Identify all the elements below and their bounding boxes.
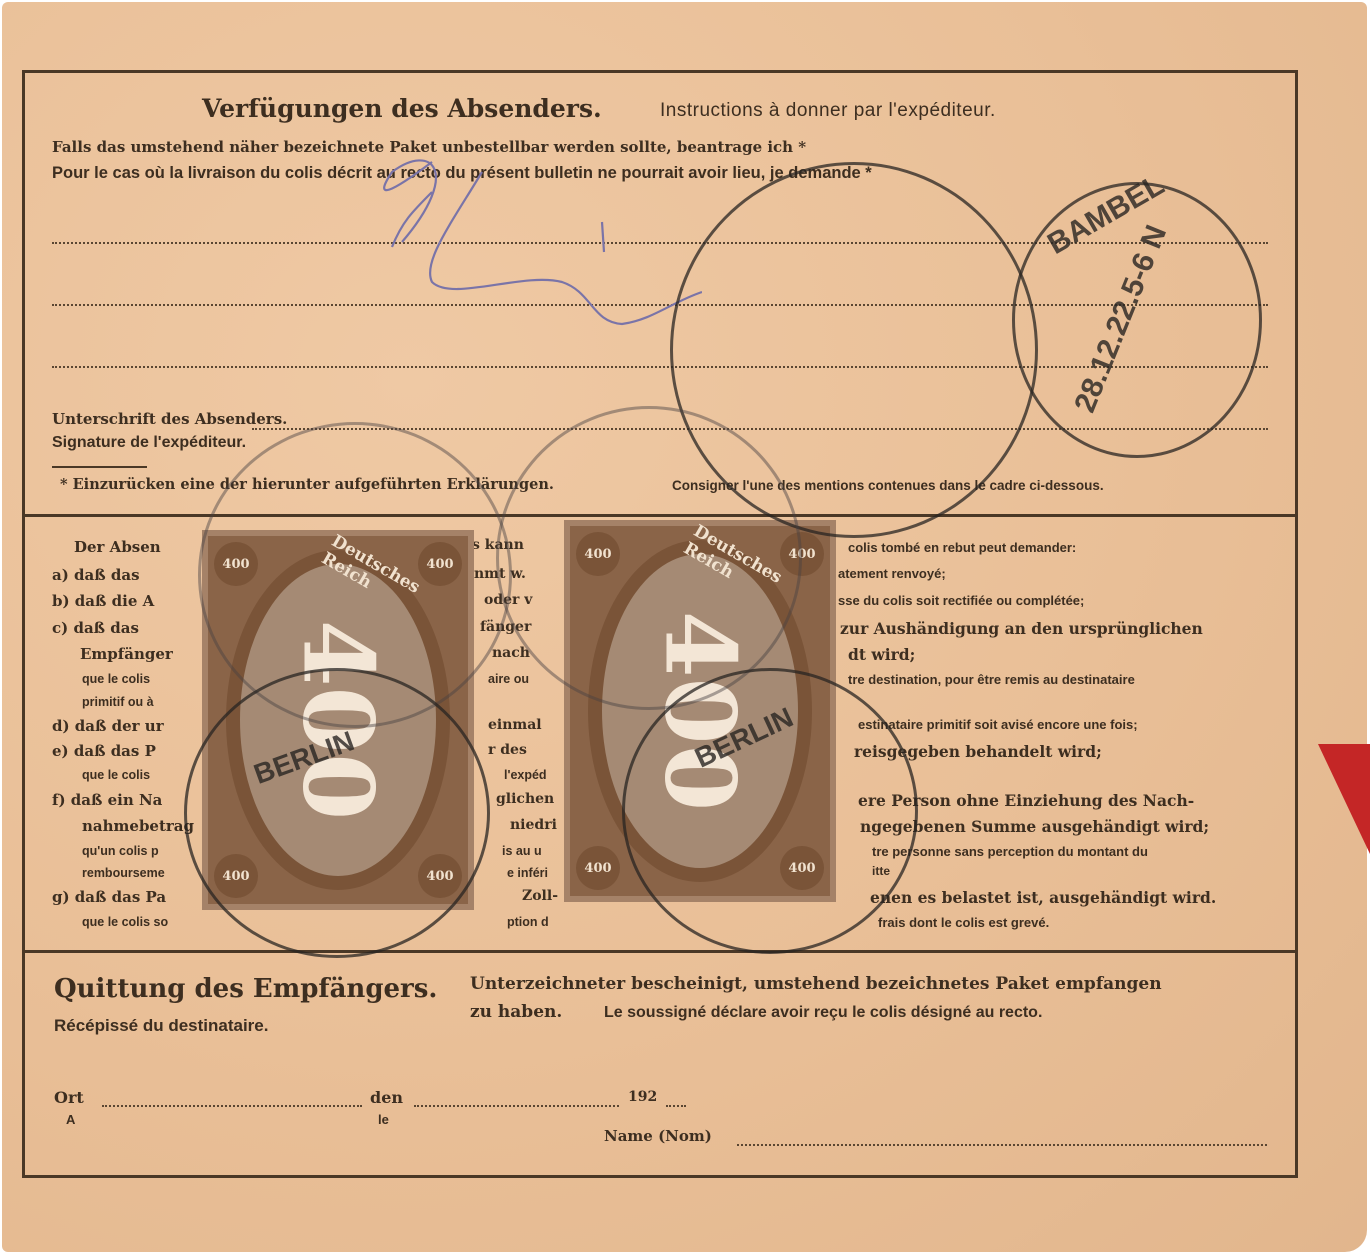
option-b: b) daß die A [52, 592, 154, 610]
option-f: f) daß ein Na [52, 791, 162, 809]
postmark-berlin-lower [184, 668, 490, 958]
receipt-title-de: Quittung des Empfängers. [54, 974, 437, 1004]
option-right-text: enen es belastet ist, ausgehändigt wird. [870, 888, 1216, 907]
option-fragment: ption d [507, 915, 549, 929]
place-field[interactable] [102, 1105, 362, 1107]
option-right-text: zur Aushändigung an den ursprünglichen [840, 619, 1203, 638]
option-c-fr-cont: primitif ou à [82, 695, 154, 709]
option-f-cont: nahmebetrag [82, 817, 194, 835]
date-label-fr: le [378, 1112, 389, 1127]
option-fragment: glichen [496, 791, 554, 807]
receipt-text-de: Unterzeichneter bescheinigt, umstehend b… [470, 974, 1162, 994]
option-fragment: nach [492, 645, 530, 661]
option-fragment: is au u [502, 844, 542, 858]
option-right-text: frais dont le colis est grevé. [878, 915, 1049, 930]
date-field[interactable] [414, 1105, 619, 1107]
option-g-fr: que le colis so [82, 915, 168, 929]
place-label-fr: A [66, 1112, 75, 1127]
signature-label-fr: Signature de l'expéditeur. [52, 434, 246, 452]
option-f-fr-cont: rembourseme [82, 866, 165, 880]
option-fragment: e inféri [507, 866, 548, 880]
parcel-card-back: Verfügungen des Absenders. Instructions … [2, 2, 1367, 1252]
option-c-cont: Empfänger [80, 645, 173, 663]
name-field[interactable] [737, 1144, 1267, 1146]
red-label-corner [1318, 744, 1370, 854]
option-fragment: Zoll- [522, 888, 558, 904]
option-right-text: estinataire primitif soit avisé encore u… [858, 717, 1138, 732]
handwritten-signature [372, 152, 702, 352]
receipt-text-de-2: zu haben. [470, 1002, 562, 1022]
option-fragment: l'expéd [504, 768, 547, 782]
option-right-text: sse du colis soit rectifiée ou complétée… [838, 593, 1084, 608]
receipt-text-fr: Le soussigné déclare avoir reçu le colis… [604, 1004, 1042, 1022]
receipt-title-fr: Récépissé du destinataire. [54, 1016, 268, 1036]
year-field[interactable] [666, 1105, 686, 1107]
footnote-rule [52, 466, 147, 468]
signature-label-de: Unterschrift des Absenders. [52, 410, 287, 428]
option-fragment: aire ou [488, 672, 529, 686]
option-e-fr: que le colis [82, 768, 150, 782]
option-f-fr: qu'un colis p [82, 844, 159, 858]
option-right-text: dt wird; [848, 645, 915, 664]
place-label-de: Ort [54, 1088, 84, 1107]
option-fragment: einmal [488, 717, 542, 733]
option-c-fr: que le colis [82, 672, 150, 686]
sender-title-de: Verfügungen des Absenders. [202, 94, 602, 123]
name-label: Name (Nom) [604, 1127, 712, 1145]
option-fragment: r des [488, 742, 527, 758]
option-right-text: tre destination, pour être remis au dest… [848, 672, 1135, 687]
year-prefix: 192 [628, 1089, 657, 1105]
options-left-column: Der Absen [52, 534, 202, 560]
option-c: c) daß das [52, 619, 139, 637]
stamp-corner-value: 400 [576, 846, 620, 890]
postmark-berlin-upper-2 [496, 406, 802, 710]
sender-title-fr: Instructions à donner par l'expéditeur. [660, 100, 996, 122]
option-a: a) daß das [52, 566, 140, 584]
divider-options-receipt [22, 950, 1298, 953]
option-right-text: atement renvoyé; [838, 566, 946, 581]
option-e: e) daß das P [52, 742, 156, 760]
option-d: d) daß der ur [52, 717, 164, 735]
option-right-text: colis tombé en rebut peut demander: [848, 540, 1076, 555]
date-label-de: den [370, 1088, 403, 1107]
option-g: g) daß das Pa [52, 888, 166, 906]
option-fragment: niedri [510, 817, 557, 833]
